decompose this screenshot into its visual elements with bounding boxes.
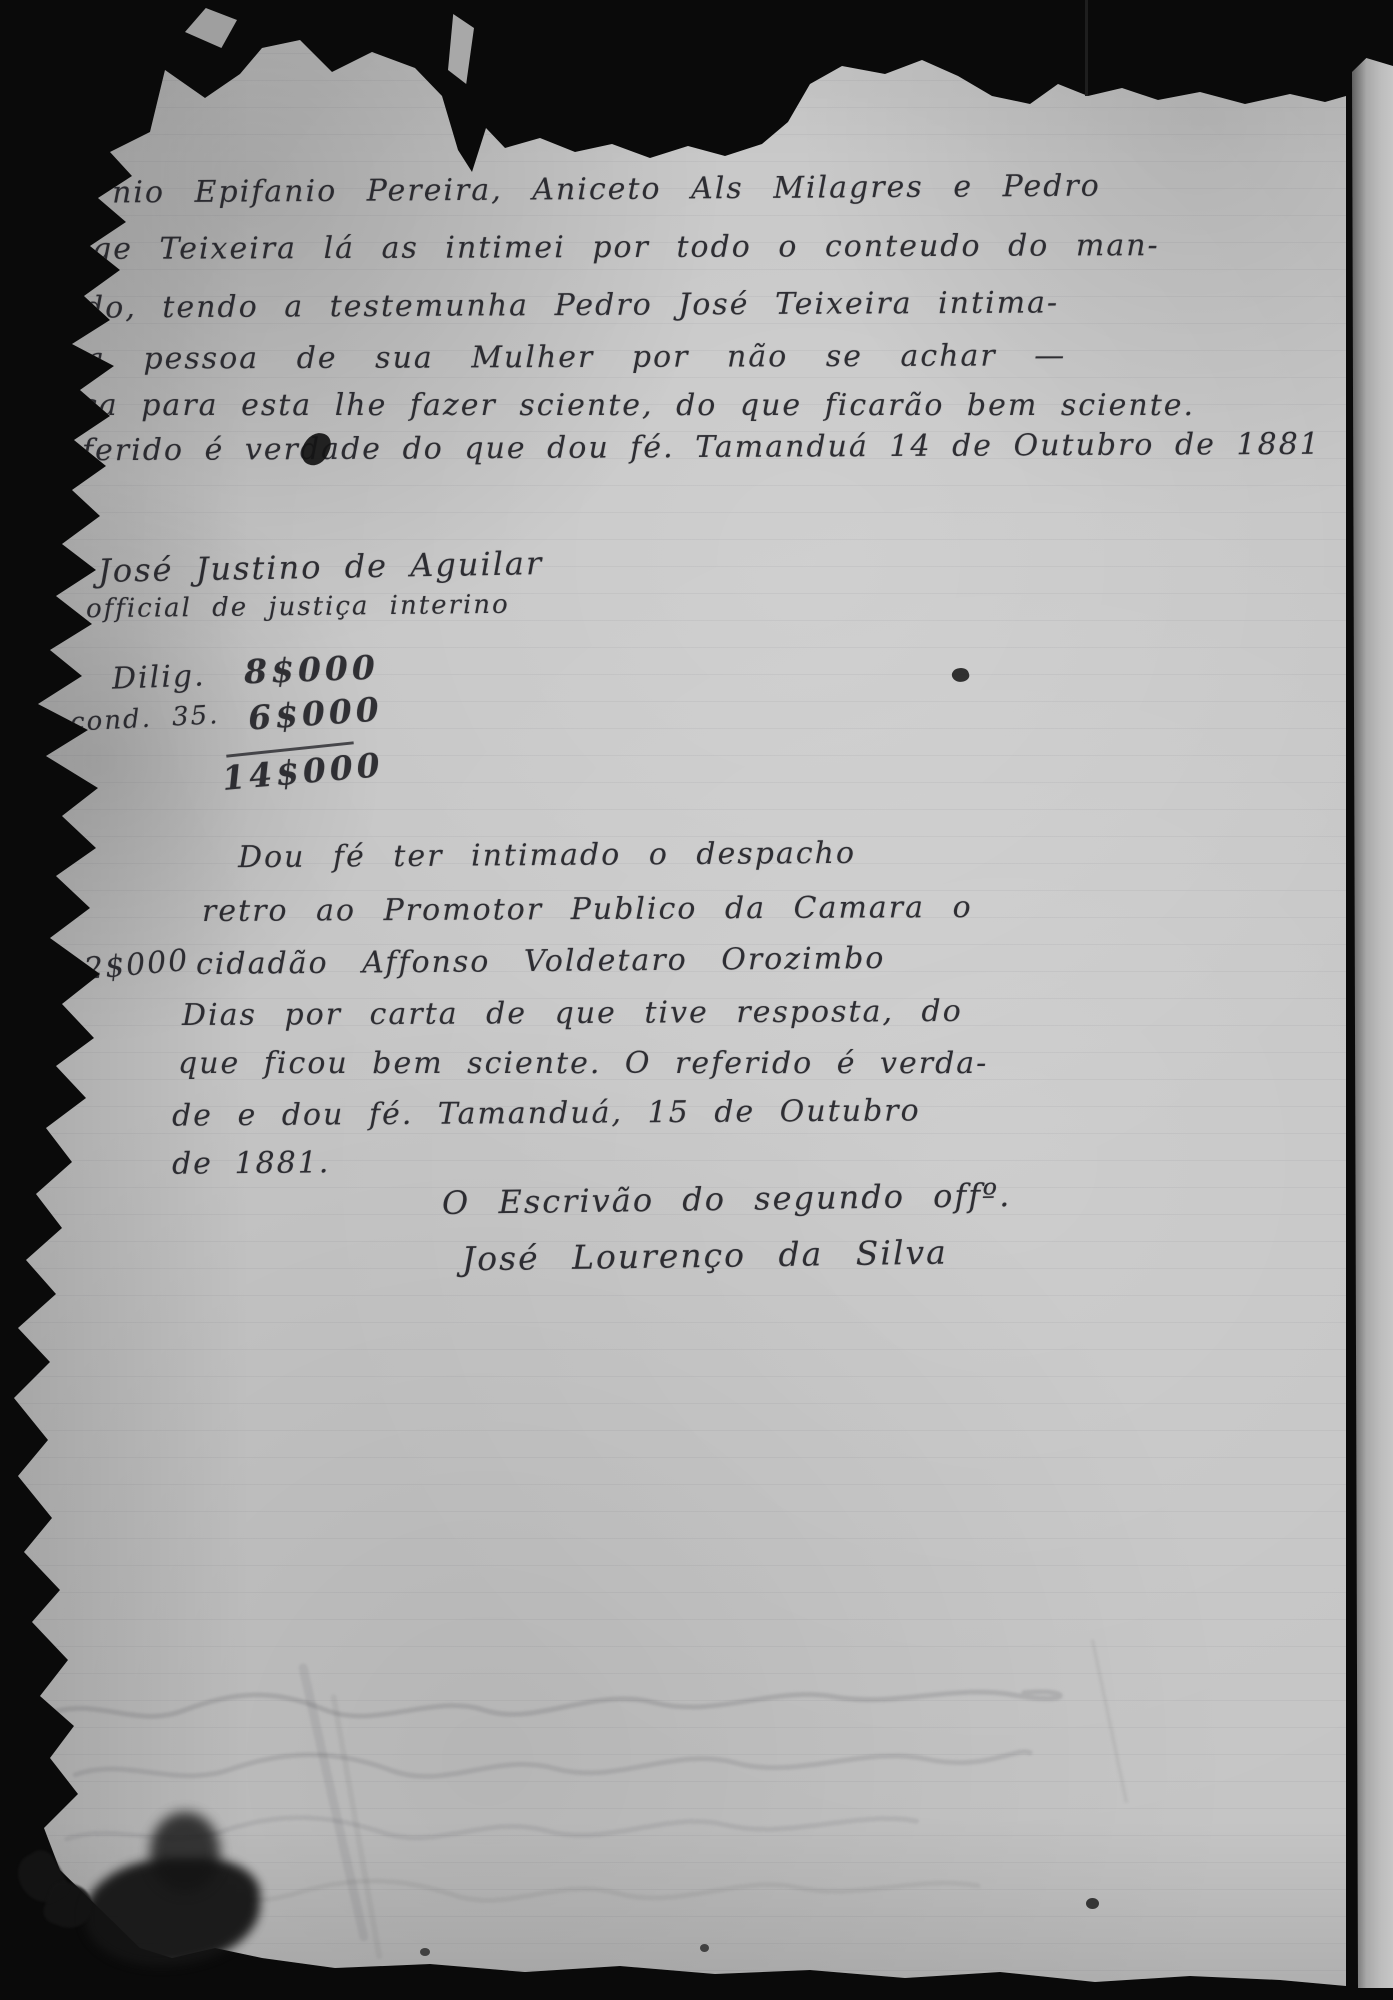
margin-fee-note: D. 2$000 — [25, 943, 191, 992]
fee-value-diligencia: 8$000 — [243, 648, 379, 692]
burn-stain — [150, 1812, 220, 1892]
fee-label-diligencia: Dilig. — [111, 658, 206, 696]
manuscript-line: de e dou fé. Tamanduá, 15 de Outubro — [172, 1093, 921, 1133]
fee-label-conducao: cond. 35. — [69, 700, 220, 738]
ink-speck — [420, 1948, 430, 1956]
fee-value-conducao: 6$000 — [247, 689, 384, 737]
ink-speck — [1086, 1898, 1099, 1909]
manuscript-line: Dou fé ter intimado o despacho — [238, 836, 856, 875]
scanned-document-page: nio Epifanio Pereira, Aniceto Als Milagr… — [0, 0, 1393, 2000]
manuscript-line: Dias por carta de que tive resposta, do — [182, 994, 963, 1033]
manuscript-line: ça para esta lhe fazer sciente, do que f… — [80, 388, 1195, 423]
manuscript-line: ferido é verdade do que dou fé. Tamanduá… — [82, 427, 1321, 468]
officer-title: official de justiça interino — [86, 590, 510, 624]
paper-sheet: nio Epifanio Pereira, Aniceto Als Milagr… — [0, 0, 1393, 2000]
manuscript-line: retro ao Promotor Publico da Camara o — [202, 890, 973, 929]
crease-line — [1085, 0, 1088, 96]
manuscript-line: cidadão Affonso Voldetaro Orozimbo — [196, 941, 886, 982]
closing-role: O Escrivão do segundo offº. — [442, 1176, 1012, 1222]
officer-signature: José Justino de Aguilar — [98, 544, 544, 590]
ink-speck — [700, 1944, 709, 1952]
closing-signature: José Lourenço da Silva — [462, 1233, 948, 1279]
manuscript-line: do, tendo a testemunha Pedro José Teixei… — [84, 285, 1059, 325]
manuscript-line: a pessoa de sua Mulher por não se achar … — [86, 338, 1066, 376]
paper-fragment — [448, 14, 474, 84]
adjacent-page-edge — [1352, 58, 1393, 1988]
manuscript-line: nio Epifanio Pereira, Aniceto Als Milagr… — [112, 169, 1101, 211]
manuscript-line: ge Teixeira lá as intimei por todo o con… — [92, 228, 1160, 267]
paper-fragment — [185, 8, 237, 48]
manuscript-line: que ficou bem sciente. O referido é verd… — [178, 1046, 988, 1081]
manuscript-line: de 1881. — [172, 1145, 331, 1181]
